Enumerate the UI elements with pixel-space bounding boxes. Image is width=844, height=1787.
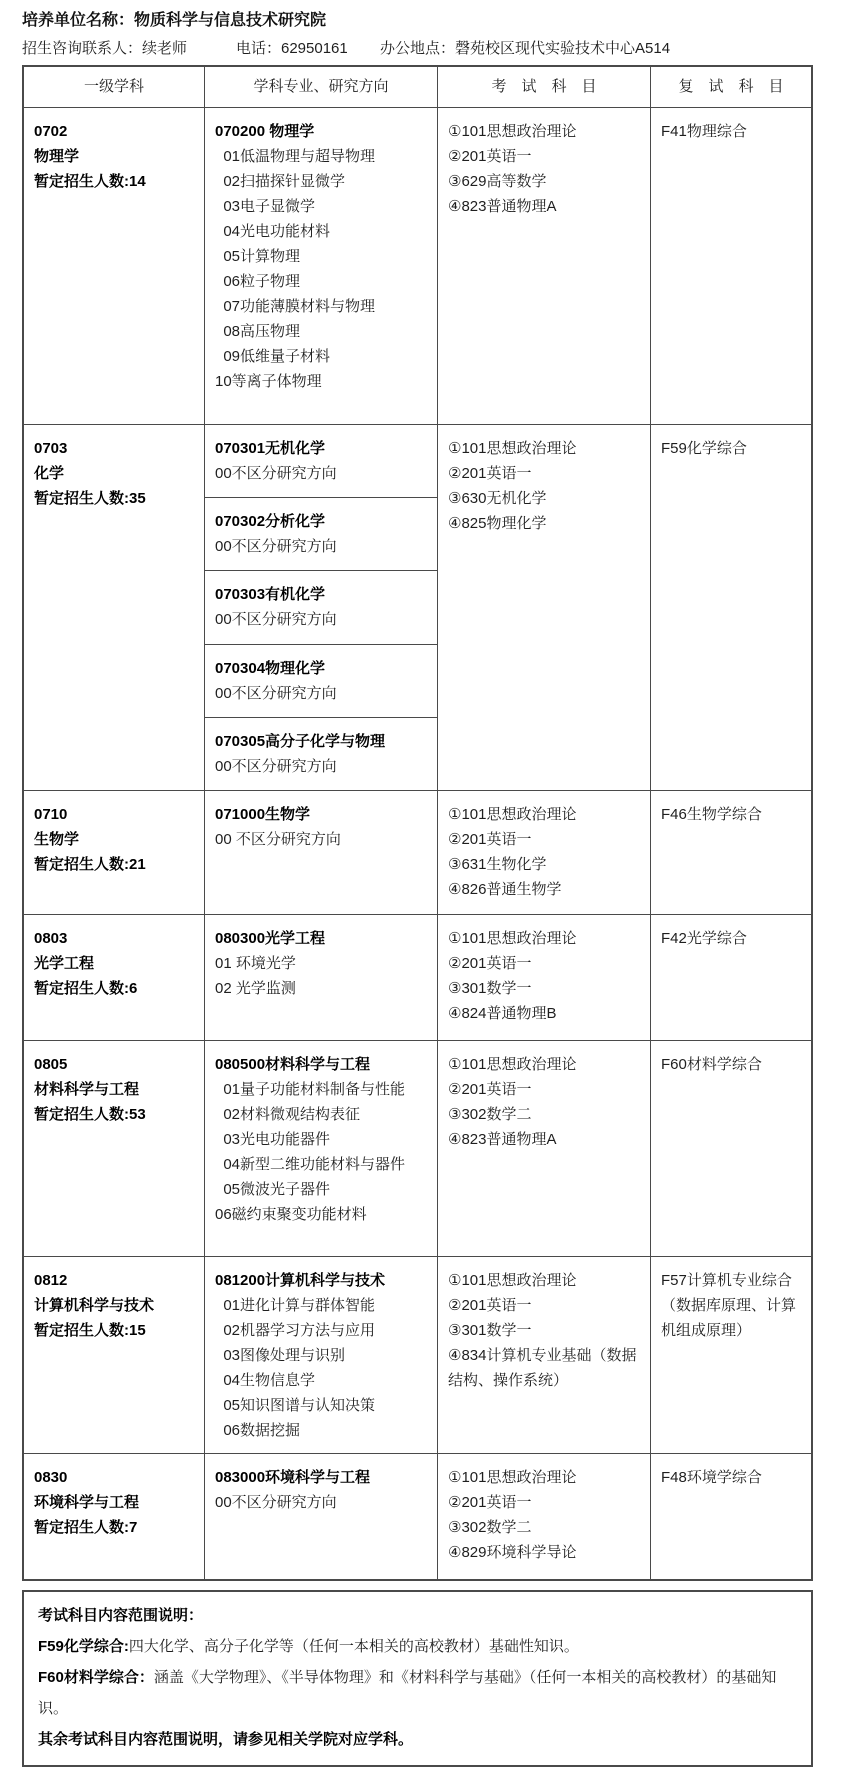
- note-bold-prefix: 考试科目内容范围说明：: [38, 1607, 203, 1624]
- exam-subjects-cell: ①101思想政治理论②201英语一③302数学二④823普通物理A: [437, 1041, 650, 1256]
- table-row: 0812计算机科学与技术暂定招生人数:15 081200计算机科学与技术 01进…: [24, 1256, 811, 1453]
- specialty-title: 080300光学工程: [215, 926, 429, 951]
- specialty-block: 081200计算机科学与技术 01进化计算与群体智能 02机器学习方法与应用 0…: [205, 1257, 437, 1453]
- contact-phone: 电话：62950161: [236, 39, 380, 59]
- research-direction: 02 光学监测: [215, 976, 429, 1001]
- research-direction: 00 不区分研究方向: [215, 827, 429, 852]
- exam-subjects-cell: ①101思想政治理论②201英语一③629高等数学④823普通物理A: [437, 108, 650, 424]
- specialty-title: 080500材料科学与工程: [215, 1052, 429, 1077]
- unit-name-line: 培养单位名称：物质科学与信息技术研究院: [22, 10, 844, 32]
- research-direction: 05微波光子器件: [215, 1177, 429, 1202]
- specialty-title: 070304物理化学: [215, 656, 429, 681]
- exam-subject: ③631生物化学: [448, 852, 642, 877]
- retest-subjects-cell: F42光学综合: [650, 915, 811, 1040]
- discipline-name: 材料科学与工程: [34, 1077, 196, 1102]
- exam-subject: ②201英语一: [448, 461, 642, 486]
- table-header-row: 一级学科 学科专业、研究方向 考 试 科 目 复 试 科 目: [24, 67, 811, 108]
- research-direction: 04新型二维功能材料与器件: [215, 1152, 429, 1177]
- exam-subject: ④824普通物理B: [448, 1001, 642, 1026]
- specialty-block: 070302分析化学00不区分研究方向: [205, 497, 437, 570]
- enrollment-quota: 暂定招生人数:21: [34, 852, 196, 877]
- specialty-title: 070200 物理学: [215, 119, 429, 144]
- retest-subject: F59化学综合: [661, 436, 803, 461]
- discipline-code: 0803: [34, 926, 196, 951]
- enrollment-quota: 暂定招生人数:14: [34, 169, 196, 194]
- note-bold-prefix: F59化学综合:: [38, 1638, 129, 1655]
- research-direction: 05计算物理: [215, 244, 429, 269]
- exam-subject: ③301数学一: [448, 1318, 642, 1343]
- enrollment-quota: 暂定招生人数:35: [34, 486, 196, 511]
- discipline-cell: 0805材料科学与工程暂定招生人数:53: [24, 1041, 204, 1256]
- retest-subjects-cell: F48环境学综合: [650, 1454, 811, 1579]
- exam-subjects-cell: ①101思想政治理论②201英语一③301数学一④834计算机专业基础（数据结构…: [437, 1257, 650, 1453]
- exam-subjects-cell: ①101思想政治理论②201英语一③631生物化学④826普通生物学: [437, 791, 650, 914]
- research-direction: 03电子显微学: [215, 194, 429, 219]
- specialty-cell: 080300光学工程01 环境光学02 光学监测: [204, 915, 437, 1040]
- retest-subject: F60材料学综合: [661, 1052, 803, 1077]
- exam-subject: ②201英语一: [448, 951, 642, 976]
- exam-subject: ③302数学二: [448, 1515, 642, 1540]
- exam-subject: ④834计算机专业基础（数据结构、操作系统）: [448, 1343, 642, 1393]
- note-bold-prefix: 其余考试科目内容范围说明，请参见相关学院对应学科。: [38, 1731, 413, 1748]
- column-header-exam-subjects: 考 试 科 目: [437, 67, 650, 107]
- research-direction: 01低温物理与超导物理: [215, 144, 429, 169]
- exam-subject: ②201英语一: [448, 827, 642, 852]
- specialty-cell: 070301无机化学00不区分研究方向070302分析化学00不区分研究方向07…: [204, 425, 437, 790]
- research-direction: 01 环境光学: [215, 951, 429, 976]
- contact-info-line: 招生咨询联系人：续老师 电话：62950161 办公地点：磬苑校区现代实验技术中…: [22, 39, 844, 59]
- research-direction: 06磁约束聚变功能材料: [215, 1202, 429, 1227]
- research-direction: 04生物信息学: [215, 1368, 429, 1393]
- exam-subject: ①101思想政治理论: [448, 926, 642, 951]
- retest-subject: F57计算机专业综合（数据库原理、计算机组成原理）: [661, 1268, 803, 1343]
- notes-box: 考试科目内容范围说明：F59化学综合:四大化学、高分子化学等（任何一本相关的高校…: [22, 1590, 813, 1767]
- research-direction: 02机器学习方法与应用: [215, 1318, 429, 1343]
- specialty-cell: 080500材料科学与工程 01量子功能材料制备与性能 02材料微观结构表征 0…: [204, 1041, 437, 1256]
- specialty-block: 070303有机化学00不区分研究方向: [205, 570, 437, 643]
- table-row: 0803光学工程暂定招生人数:6 080300光学工程01 环境光学02 光学监…: [24, 914, 811, 1040]
- exam-subject: ④829环境科学导论: [448, 1540, 642, 1565]
- research-direction: 01进化计算与群体智能: [215, 1293, 429, 1318]
- research-direction: 07功能薄膜材料与物理: [215, 294, 429, 319]
- retest-subject: F41物理综合: [661, 119, 803, 144]
- enrollment-quota: 暂定招生人数:6: [34, 976, 196, 1001]
- exam-subject: ④823普通物理A: [448, 194, 642, 219]
- column-header-specialty: 学科专业、研究方向: [204, 67, 437, 107]
- note-line: 其余考试科目内容范围说明，请参见相关学院对应学科。: [38, 1724, 797, 1755]
- exam-subject: ②201英语一: [448, 1490, 642, 1515]
- specialty-block: 070200 物理学 01低温物理与超导物理 02扫描探针显微学 03电子显微学…: [205, 108, 437, 424]
- exam-subject: ①101思想政治理论: [448, 1465, 642, 1490]
- research-direction: 09低维量子材料: [215, 344, 429, 369]
- discipline-cell: 0710生物学暂定招生人数:21: [24, 791, 204, 914]
- research-direction: 03图像处理与识别: [215, 1343, 429, 1368]
- specialty-block: 070301无机化学00不区分研究方向: [205, 425, 437, 497]
- exam-subject: ④825物理化学: [448, 511, 642, 536]
- column-header-retest-subjects: 复 试 科 目: [650, 67, 811, 107]
- note-line: F59化学综合:四大化学、高分子化学等（任何一本相关的高校教材）基础性知识。: [38, 1631, 797, 1662]
- research-direction: 10等离子体物理: [215, 369, 429, 394]
- table-row: 0703化学暂定招生人数:35 070301无机化学00不区分研究方向07030…: [24, 424, 811, 790]
- note-text: 四大化学、高分子化学等（任何一本相关的高校教材）基础性知识。: [129, 1638, 579, 1655]
- exam-subject: ③302数学二: [448, 1102, 642, 1127]
- table-row: 0702物理学暂定招生人数:14 070200 物理学 01低温物理与超导物理 …: [24, 108, 811, 424]
- research-direction: 02扫描探针显微学: [215, 169, 429, 194]
- specialty-block: 070304物理化学00不区分研究方向: [205, 644, 437, 717]
- specialty-title: 070302分析化学: [215, 509, 429, 534]
- discipline-cell: 0830环境科学与工程暂定招生人数:7: [24, 1454, 204, 1579]
- research-direction: 02材料微观结构表征: [215, 1102, 429, 1127]
- retest-subject: F42光学综合: [661, 926, 803, 951]
- retest-subjects-cell: F59化学综合: [650, 425, 811, 790]
- discipline-name: 计算机科学与技术: [34, 1293, 196, 1318]
- research-direction: 06粒子物理: [215, 269, 429, 294]
- research-direction: 08高压物理: [215, 319, 429, 344]
- discipline-name: 环境科学与工程: [34, 1490, 196, 1515]
- specialty-block: 080300光学工程01 环境光学02 光学监测: [205, 915, 437, 1040]
- exam-subject: ③630无机化学: [448, 486, 642, 511]
- note-line: 考试科目内容范围说明：: [38, 1600, 797, 1631]
- research-direction: 00不区分研究方向: [215, 681, 429, 706]
- specialty-title: 083000环境科学与工程: [215, 1465, 429, 1490]
- exam-subjects-cell: ①101思想政治理论②201英语一③301数学一④824普通物理B: [437, 915, 650, 1040]
- exam-subject: ①101思想政治理论: [448, 802, 642, 827]
- discipline-cell: 0703化学暂定招生人数:35: [24, 425, 204, 790]
- exam-subject: ④823普通物理A: [448, 1127, 642, 1152]
- discipline-cell: 0812计算机科学与技术暂定招生人数:15: [24, 1257, 204, 1453]
- exam-subject: ②201英语一: [448, 1293, 642, 1318]
- note-bold-prefix: F60材料学综合：: [38, 1669, 154, 1686]
- exam-subject: ①101思想政治理论: [448, 1052, 642, 1077]
- contact-person: 招生咨询联系人：续老师: [22, 39, 236, 59]
- exam-subjects-cell: ①101思想政治理论②201英语一③302数学二④829环境科学导论: [437, 1454, 650, 1579]
- specialty-cell: 070200 物理学 01低温物理与超导物理 02扫描探针显微学 03电子显微学…: [204, 108, 437, 424]
- specialty-title: 070301无机化学: [215, 436, 429, 461]
- enrollment-quota: 暂定招生人数:7: [34, 1515, 196, 1540]
- research-direction: 00不区分研究方向: [215, 461, 429, 486]
- discipline-code: 0702: [34, 119, 196, 144]
- admissions-catalog-page: 培养单位名称：物质科学与信息技术研究院 招生咨询联系人：续老师 电话：62950…: [0, 0, 844, 1787]
- enrollment-quota: 暂定招生人数:53: [34, 1102, 196, 1127]
- specialty-block: 080500材料科学与工程 01量子功能材料制备与性能 02材料微观结构表征 0…: [205, 1041, 437, 1256]
- note-line: F60材料学综合：涵盖《大学物理》、《半导体物理》和《材料科学与基础》（任何一本…: [38, 1662, 797, 1724]
- enrollment-quota: 暂定招生人数:15: [34, 1318, 196, 1343]
- discipline-code: 0812: [34, 1268, 196, 1293]
- specialty-block: 083000环境科学与工程00不区分研究方向: [205, 1454, 437, 1579]
- column-header-discipline: 一级学科: [24, 67, 204, 107]
- research-direction: 05知识图谱与认知决策: [215, 1393, 429, 1418]
- specialty-block: 070305高分子化学与物理00不区分研究方向: [205, 717, 437, 790]
- retest-subject: F46生物学综合: [661, 802, 803, 827]
- discipline-code: 0703: [34, 436, 196, 461]
- specialty-title: 070303有机化学: [215, 582, 429, 607]
- retest-subjects-cell: F60材料学综合: [650, 1041, 811, 1256]
- retest-subject: F48环境学综合: [661, 1465, 803, 1490]
- discipline-cell: 0803光学工程暂定招生人数:6: [24, 915, 204, 1040]
- discipline-code: 0710: [34, 802, 196, 827]
- research-direction: 00不区分研究方向: [215, 1490, 429, 1515]
- specialty-title: 081200计算机科学与技术: [215, 1268, 429, 1293]
- table-row: 0830环境科学与工程暂定招生人数:7 083000环境科学与工程00不区分研究…: [24, 1453, 811, 1579]
- retest-subjects-cell: F46生物学综合: [650, 791, 811, 914]
- exam-subject: ②201英语一: [448, 144, 642, 169]
- discipline-name: 光学工程: [34, 951, 196, 976]
- discipline-name: 物理学: [34, 144, 196, 169]
- discipline-cell: 0702物理学暂定招生人数:14: [24, 108, 204, 424]
- exam-subject: ④826普通生物学: [448, 877, 642, 902]
- discipline-name: 生物学: [34, 827, 196, 852]
- research-direction: 04光电功能材料: [215, 219, 429, 244]
- office-location: 办公地点：磬苑校区现代实验技术中心A514: [380, 39, 844, 59]
- exam-subject: ③629高等数学: [448, 169, 642, 194]
- research-direction: 06数据挖掘: [215, 1418, 429, 1443]
- specialty-cell: 083000环境科学与工程00不区分研究方向: [204, 1454, 437, 1579]
- specialty-title: 071000生物学: [215, 802, 429, 827]
- exam-subject: ③301数学一: [448, 976, 642, 1001]
- discipline-name: 化学: [34, 461, 196, 486]
- exam-subject: ①101思想政治理论: [448, 1268, 642, 1293]
- specialty-cell: 081200计算机科学与技术 01进化计算与群体智能 02机器学习方法与应用 0…: [204, 1257, 437, 1453]
- discipline-code: 0830: [34, 1465, 196, 1490]
- admissions-table: 一级学科 学科专业、研究方向 考 试 科 目 复 试 科 目 0702物理学暂定…: [22, 65, 813, 1581]
- discipline-code: 0805: [34, 1052, 196, 1077]
- retest-subjects-cell: F41物理综合: [650, 108, 811, 424]
- specialty-title: 070305高分子化学与物理: [215, 729, 429, 754]
- table-body: 0702物理学暂定招生人数:14 070200 物理学 01低温物理与超导物理 …: [24, 108, 811, 1579]
- specialty-cell: 071000生物学00 不区分研究方向: [204, 791, 437, 914]
- retest-subjects-cell: F57计算机专业综合（数据库原理、计算机组成原理）: [650, 1257, 811, 1453]
- table-row: 0805材料科学与工程暂定招生人数:53 080500材料科学与工程 01量子功…: [24, 1040, 811, 1256]
- exam-subject: ②201英语一: [448, 1077, 642, 1102]
- research-direction: 01量子功能材料制备与性能: [215, 1077, 429, 1102]
- table-row: 0710生物学暂定招生人数:21 071000生物学00 不区分研究方向 ①10…: [24, 790, 811, 914]
- research-direction: 00不区分研究方向: [215, 607, 429, 632]
- exam-subject: ①101思想政治理论: [448, 436, 642, 461]
- exam-subjects-cell: ①101思想政治理论②201英语一③630无机化学④825物理化学: [437, 425, 650, 790]
- research-direction: 00不区分研究方向: [215, 754, 429, 779]
- exam-subject: ①101思想政治理论: [448, 119, 642, 144]
- specialty-block: 071000生物学00 不区分研究方向: [205, 791, 437, 914]
- research-direction: 00不区分研究方向: [215, 534, 429, 559]
- research-direction: 03光电功能器件: [215, 1127, 429, 1152]
